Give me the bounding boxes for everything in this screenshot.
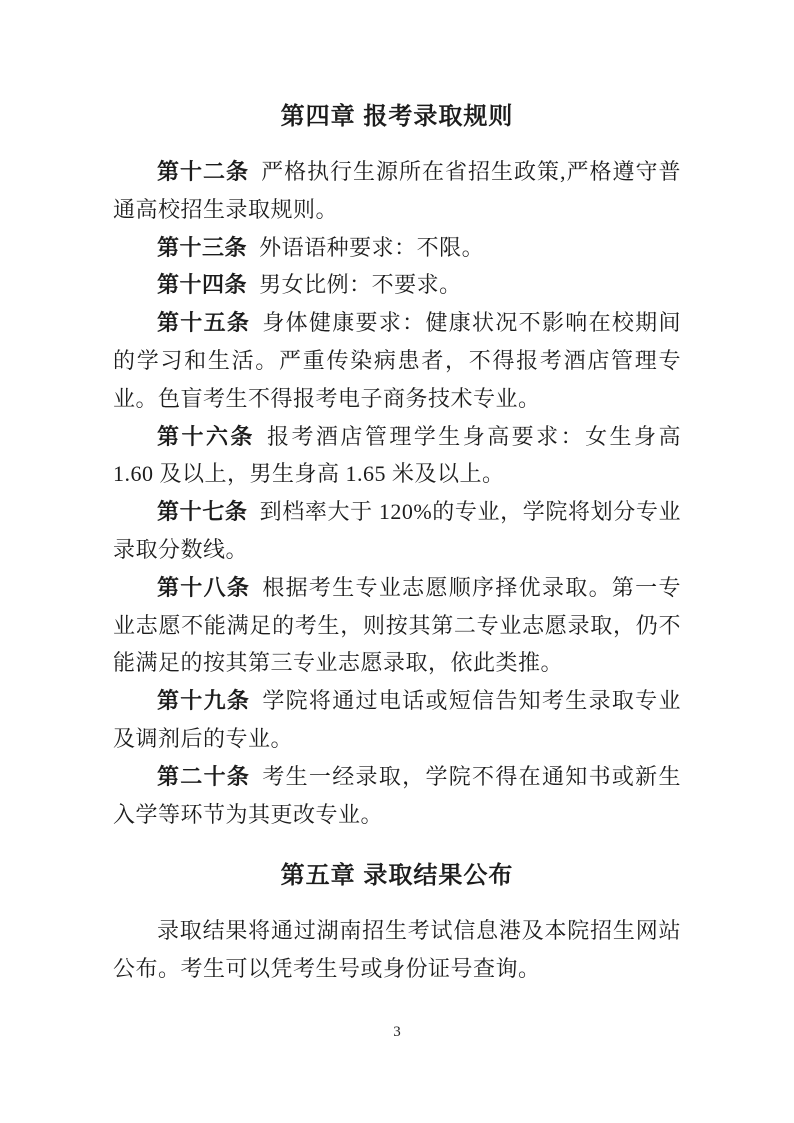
- article-20-label: 第二十条: [157, 764, 262, 789]
- article-19: 第十九条学院将通过电话或短信告知考生录取专业及调剂后的专业。: [113, 682, 681, 758]
- article-18-label: 第十八条: [157, 575, 262, 600]
- article-12-label: 第十二条: [157, 159, 261, 184]
- chapter-5-paragraph: 录取结果将通过湖南招生考试信息港及本院招生网站公布。考生可以凭考生号或身份证号查…: [113, 912, 681, 988]
- article-18: 第十八条根据考生专业志愿顺序择优录取。第一专业志愿不能满足的考生，则按其第二专业…: [113, 569, 681, 682]
- page-number: 3: [0, 1024, 794, 1041]
- article-15: 第十五条身体健康要求：健康状况不影响在校期间的学习和生活。严重传染病患者，不得报…: [113, 304, 681, 417]
- article-19-label: 第十九条: [157, 688, 262, 713]
- document-page: 第四章 报考录取规则 第十二条严格执行生源所在省招生政策,严格遵守普通高校招生录…: [0, 0, 794, 1123]
- article-13: 第十三条外语语种要求：不限。: [113, 229, 681, 267]
- article-16: 第十六条报考酒店管理学生身高要求：女生身高 1.60 及以上，男生身高 1.65…: [113, 418, 681, 494]
- article-13-label: 第十三条: [157, 235, 259, 260]
- text-block: 第四章 报考录取规则 第十二条严格执行生源所在省招生政策,严格遵守普通高校招生录…: [113, 98, 681, 988]
- chapter-4-section: 第四章 报考录取规则 第十二条严格执行生源所在省招生政策,严格遵守普通高校招生录…: [113, 98, 681, 833]
- article-12: 第十二条严格执行生源所在省招生政策,严格遵守普通高校招生录取规则。: [113, 153, 681, 229]
- article-17: 第十七条到档率大于 120%的专业，学院将划分专业录取分数线。: [113, 493, 681, 569]
- article-14: 第十四条男女比例：不要求。: [113, 266, 681, 304]
- article-15-label: 第十五条: [157, 310, 262, 335]
- chapter-5-heading: 第五章 录取结果公布: [113, 857, 681, 895]
- chapter-4-heading: 第四章 报考录取规则: [113, 98, 681, 136]
- article-17-label: 第十七条: [157, 499, 260, 524]
- article-16-label: 第十六条: [157, 424, 267, 449]
- chapter-5-paragraph-text: 录取结果将通过湖南招生考试信息港及本院招生网站公布。考生可以凭考生号或身份证号查…: [113, 918, 681, 981]
- article-13-text: 外语语种要求：不限。: [259, 235, 484, 260]
- chapter-5-section: 第五章 录取结果公布 录取结果将通过湖南招生考试信息港及本院招生网站公布。考生可…: [113, 857, 681, 988]
- article-14-label: 第十四条: [157, 272, 259, 297]
- article-20: 第二十条考生一经录取，学院不得在通知书或新生入学等环节为其更改专业。: [113, 758, 681, 834]
- article-14-text: 男女比例：不要求。: [259, 272, 462, 297]
